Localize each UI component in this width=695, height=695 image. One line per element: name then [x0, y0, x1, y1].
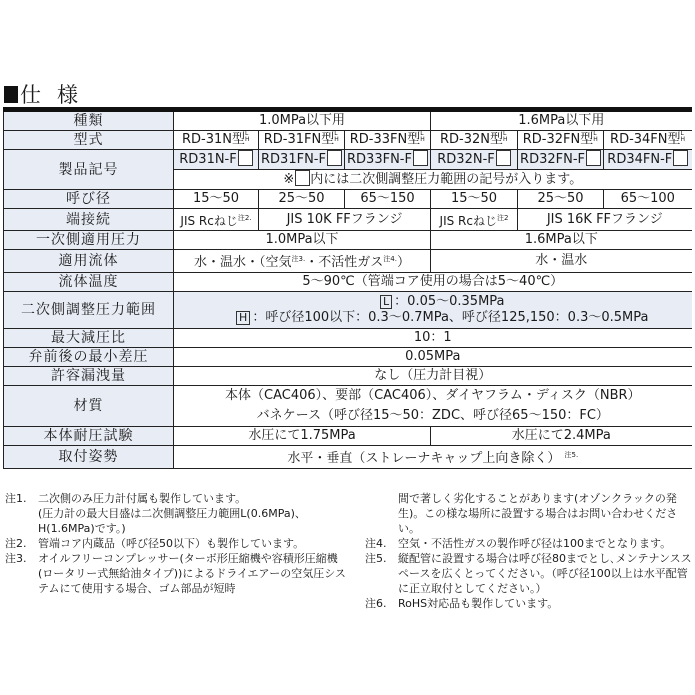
note-item: _(圧力計の最大目盛は二次側調整圧力範囲L(0.6MPa)、H(1.6MPa)で…	[5, 506, 350, 536]
row-type: 種類 1.0MPa以下用 1.6MPa以下用	[4, 110, 692, 131]
lh-suffix: LH	[681, 131, 686, 143]
row-material: 材質 本体（CAC406）、要部（CAC406）、ダイヤフラム・ディスク（NBR…	[4, 386, 692, 427]
row-model: 型式 RD-31N型LH RD-31FN型LH RD-33FN型LH RD-32…	[4, 131, 692, 150]
note-item: 注4.空気・不活性ガスの製作呼び径は100までとなります。	[365, 536, 695, 551]
row-max-ratio: 最大減圧比 10：1	[4, 329, 692, 348]
notes-left: 注1.二次側のみ圧力計付属も製作しています。 _(圧力計の最大目盛は二次側調整圧…	[5, 491, 350, 596]
range-key-h: H	[236, 311, 250, 325]
spec-table: 種類 1.0MPa以下用 1.6MPa以下用 型式 RD-31N型LH RD-3…	[3, 107, 692, 469]
note-item: 注2.管端コア内蔵品（呼び径50以下）も製作しています。	[5, 536, 350, 551]
row-fluid-temp: 流体温度 5～90℃（管端コア使用の場合は5～40℃）	[4, 273, 692, 292]
lh-suffix: LH	[593, 131, 598, 143]
code-placeholder-box	[673, 150, 688, 166]
lh-suffix: LH	[503, 131, 508, 143]
square-bullet-icon	[4, 86, 18, 103]
code-placeholder-box	[496, 150, 511, 166]
note-item: _間で著しく劣化することがあります(オゾンクラックの発生)。この様な場所に設置す…	[365, 491, 695, 536]
code-placeholder-box	[586, 150, 601, 166]
note-item: 注3.オイルフリーコンプレッサー(ターボ形圧縮機や容積形圧縮機(ロータリー式無給…	[5, 551, 350, 596]
row-fluid: 適用流体 水・温水・（空気注3.・不活性ガス注4.） 水・温水	[4, 250, 692, 273]
row-outlet-range: 二次側調整圧力範囲 L：0.05～0.35MPa H：呼び径100以下：0.3～…	[4, 292, 692, 329]
lh-suffix: LH	[420, 131, 425, 143]
note-item: 注5.縦配管に設置する場合は呼び径80までとし､メンテナンススペースを広くとって…	[365, 551, 695, 596]
row-inlet-pressure: 一次側適用圧力 1.0MPa以下 1.6MPa以下	[4, 231, 692, 250]
row-min-diff: 弁前後の最小差圧 0.05MPa	[4, 348, 692, 367]
note-item: 注1.二次側のみ圧力計付属も製作しています。	[5, 491, 350, 506]
code-placeholder-box	[327, 150, 342, 166]
code-placeholder-box	[238, 150, 253, 166]
row-leakage: 許容漏洩量 なし（圧力計目視）	[4, 367, 692, 386]
code-placeholder-box	[413, 150, 428, 166]
section-title: 仕様	[4, 83, 78, 107]
lh-suffix: LH	[245, 131, 250, 143]
row-pressure-test: 本体耐圧試験 水圧にて1.75MPa 水圧にて2.4MPa	[4, 427, 692, 446]
row-nominal-size: 呼び径 15～50 25～50 65～150 15～50 25～50 65～10…	[4, 190, 692, 209]
row-label: 種類	[4, 110, 174, 131]
range-key-l: L	[380, 295, 392, 309]
row-mounting: 取付姿勢 水平・垂直（ストレーナキャップ上向き除く） 注5.	[4, 446, 692, 469]
row-product-code: 製品記号 RD31N-F RD31FN-F RD33FN-F RD32N-F R…	[4, 150, 692, 170]
notes-right: _間で著しく劣化することがあります(オゾンクラックの発生)。この様な場所に設置す…	[365, 491, 695, 611]
note-item: 注6.RoHS対応品も製作しています。	[365, 596, 695, 611]
row-end-connection: 端接続 JIS Rcねじ注2. JIS 10K FFフランジ JIS Rcねじ注…	[4, 209, 692, 231]
code-placeholder-box	[295, 170, 310, 186]
lh-suffix: LH	[334, 131, 339, 143]
